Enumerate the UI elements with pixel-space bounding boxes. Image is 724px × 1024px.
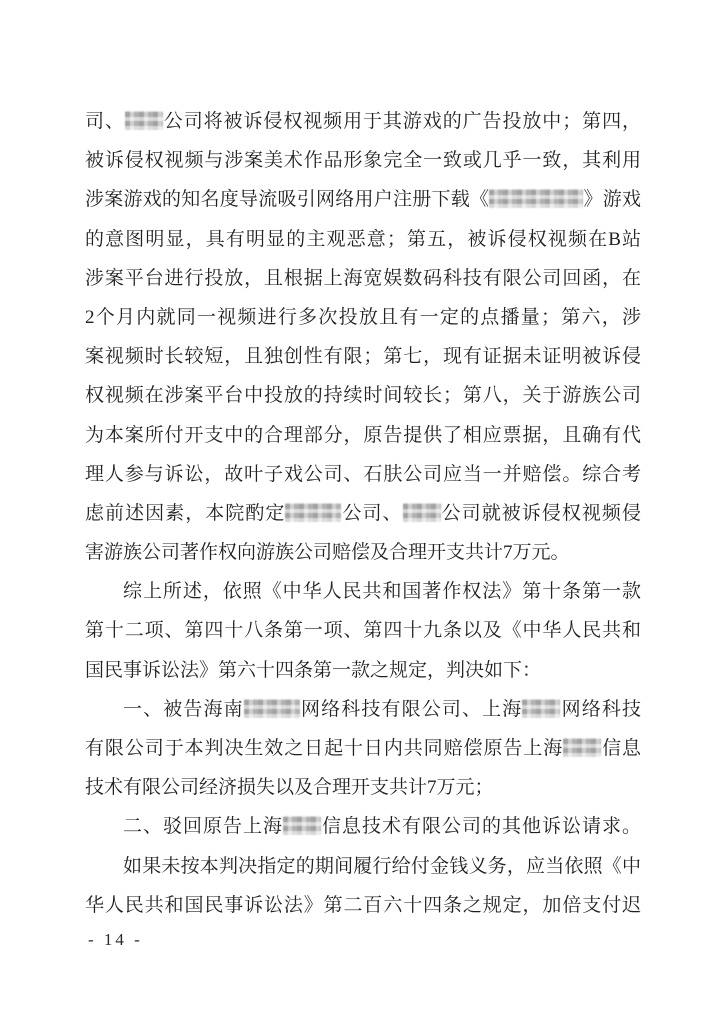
line-text: 公司将被诉侵权视频用于其游戏的广告投放中；第四， [163,111,641,132]
text-line: 华人民共和国民事诉讼法》第二百六十四条之规定，加倍支付迟 [85,886,641,925]
line-text: 第十二项、第四十八条第一项、第四十九条以及《中华人民共和 [85,620,641,641]
text-line: 司、公司将被诉侵权视频用于其游戏的广告投放中；第四， [85,102,641,141]
text-line: 国民事诉讼法》第六十四条第一款之规定，判决如下： [85,651,641,690]
line-text: 害游族公司著作权向游族公司赔偿及合理开支共计7万元。 [85,542,570,563]
text-line: 技术有限公司经济损失以及合理开支共计7万元； [85,768,641,807]
redacted-name-block [563,738,601,757]
line-text: 为本案所付开支中的合理部分，原告提供了相应票据，且确有代 [85,425,641,446]
line-text: 公司、 [341,503,402,524]
text-line: 为本案所付开支中的合理部分，原告提供了相应票据，且确有代 [85,416,641,455]
text-line: 害游族公司著作权向游族公司赔偿及合理开支共计7万元。 [85,533,641,572]
text-line: 涉案游戏的知名度导流吸引网络用户注册下载《》游戏 [85,180,641,219]
text-line: 二、驳回原告上海信息技术有限公司的其他诉讼请求。 [85,807,641,846]
line-text: 虑前述因素，本院酌定 [85,503,285,524]
line-text: 信息 [601,738,641,759]
line-text: 公司就被诉侵权视频侵 [441,503,641,524]
redacted-name-block [403,503,441,522]
line-text: 华人民共和国民事诉讼法》第二百六十四条之规定，加倍支付迟 [85,895,641,916]
line-text: 涉案游戏的知名度导流吸引网络用户注册下载《 [85,189,489,210]
line-text: 理人参与诉讼，故叶子戏公司、石肤公司应当一并赔偿。综合考 [85,464,641,485]
page-number: - 14 - [88,930,143,950]
redacted-name-block [244,699,300,718]
document-page: 司、公司将被诉侵权视频用于其游戏的广告投放中；第四， 被诉侵权视频与涉案美术作品… [0,0,724,1024]
line-text: 技术有限公司经济损失以及合理开支共计7万元； [85,777,494,798]
redacted-name-block [283,816,321,835]
redacted-name-block [522,699,560,718]
line-text: 司、 [85,111,125,132]
redacted-name-block [285,503,341,522]
line-text: 有限公司于本判决生效之日起十日内共同赔偿原告上海 [85,738,563,759]
redacted-game-title-block [489,189,583,208]
line-text: 二、驳回原告上海 [123,816,283,837]
text-line: 案视频时长较短，且独创性有限；第七，现有证据未证明被诉侵 [85,337,641,376]
text-line: 2个月内就同一视频进行多次投放且有一定的点播量；第六，涉 [85,298,641,337]
text-line: 第十二项、第四十八条第一项、第四十九条以及《中华人民共和 [85,611,641,650]
text-line: 综上所述，依照《中华人民共和国著作权法》第十条第一款 [85,572,641,611]
line-text: 的意图明显，具有明显的主观恶意；第五，被诉侵权视频在B站 [85,229,641,250]
judgment-text: 司、公司将被诉侵权视频用于其游戏的广告投放中；第四， 被诉侵权视频与涉案美术作品… [85,102,641,925]
line-text: 一、被告海南 [123,699,244,720]
text-line: 涉案平台进行投放，且根据上海宽娱数码科技有限公司回函，在 [85,259,641,298]
line-text: 网络科技有限公司、上海 [300,699,523,720]
line-text: 信息技术有限公司的其他诉讼请求。 [321,816,641,837]
text-line: 的意图明显，具有明显的主观恶意；第五，被诉侵权视频在B站 [85,220,641,259]
text-line: 有限公司于本判决生效之日起十日内共同赔偿原告上海信息 [85,729,641,768]
line-text: 涉案平台进行投放，且根据上海宽娱数码科技有限公司回函，在 [85,268,641,289]
text-line: 权视频在涉案平台中投放的持续时间较长；第八，关于游族公司 [85,376,641,415]
line-text: 国民事诉讼法》第六十四条第一款之规定，判决如下： [85,660,541,681]
text-line: 被诉侵权视频与涉案美术作品形象完全一致或几乎一致，其利用 [85,141,641,180]
line-text: 综上所述，依照《中华人民共和国著作权法》第十条第一款 [123,581,641,602]
line-text: 权视频在涉案平台中投放的持续时间较长；第八，关于游族公司 [85,385,641,406]
redacted-name-block [125,111,163,130]
line-text: 被诉侵权视频与涉案美术作品形象完全一致或几乎一致，其利用 [85,150,641,171]
line-text: 》游戏 [583,189,641,210]
line-text: 如果未按本判决指定的期间履行给付金钱义务，应当依照《中 [123,856,641,877]
text-line: 一、被告海南网络科技有限公司、上海网络科技 [85,690,641,729]
text-line: 虑前述因素，本院酌定公司、公司就被诉侵权视频侵 [85,494,641,533]
line-text: 网络科技 [560,699,641,720]
line-text: 2个月内就同一视频进行多次投放且有一定的点播量；第六，涉 [85,307,641,328]
text-line: 理人参与诉讼，故叶子戏公司、石肤公司应当一并赔偿。综合考 [85,455,641,494]
line-text: 案视频时长较短，且独创性有限；第七，现有证据未证明被诉侵 [85,346,641,367]
text-line: 如果未按本判决指定的期间履行给付金钱义务，应当依照《中 [85,847,641,886]
